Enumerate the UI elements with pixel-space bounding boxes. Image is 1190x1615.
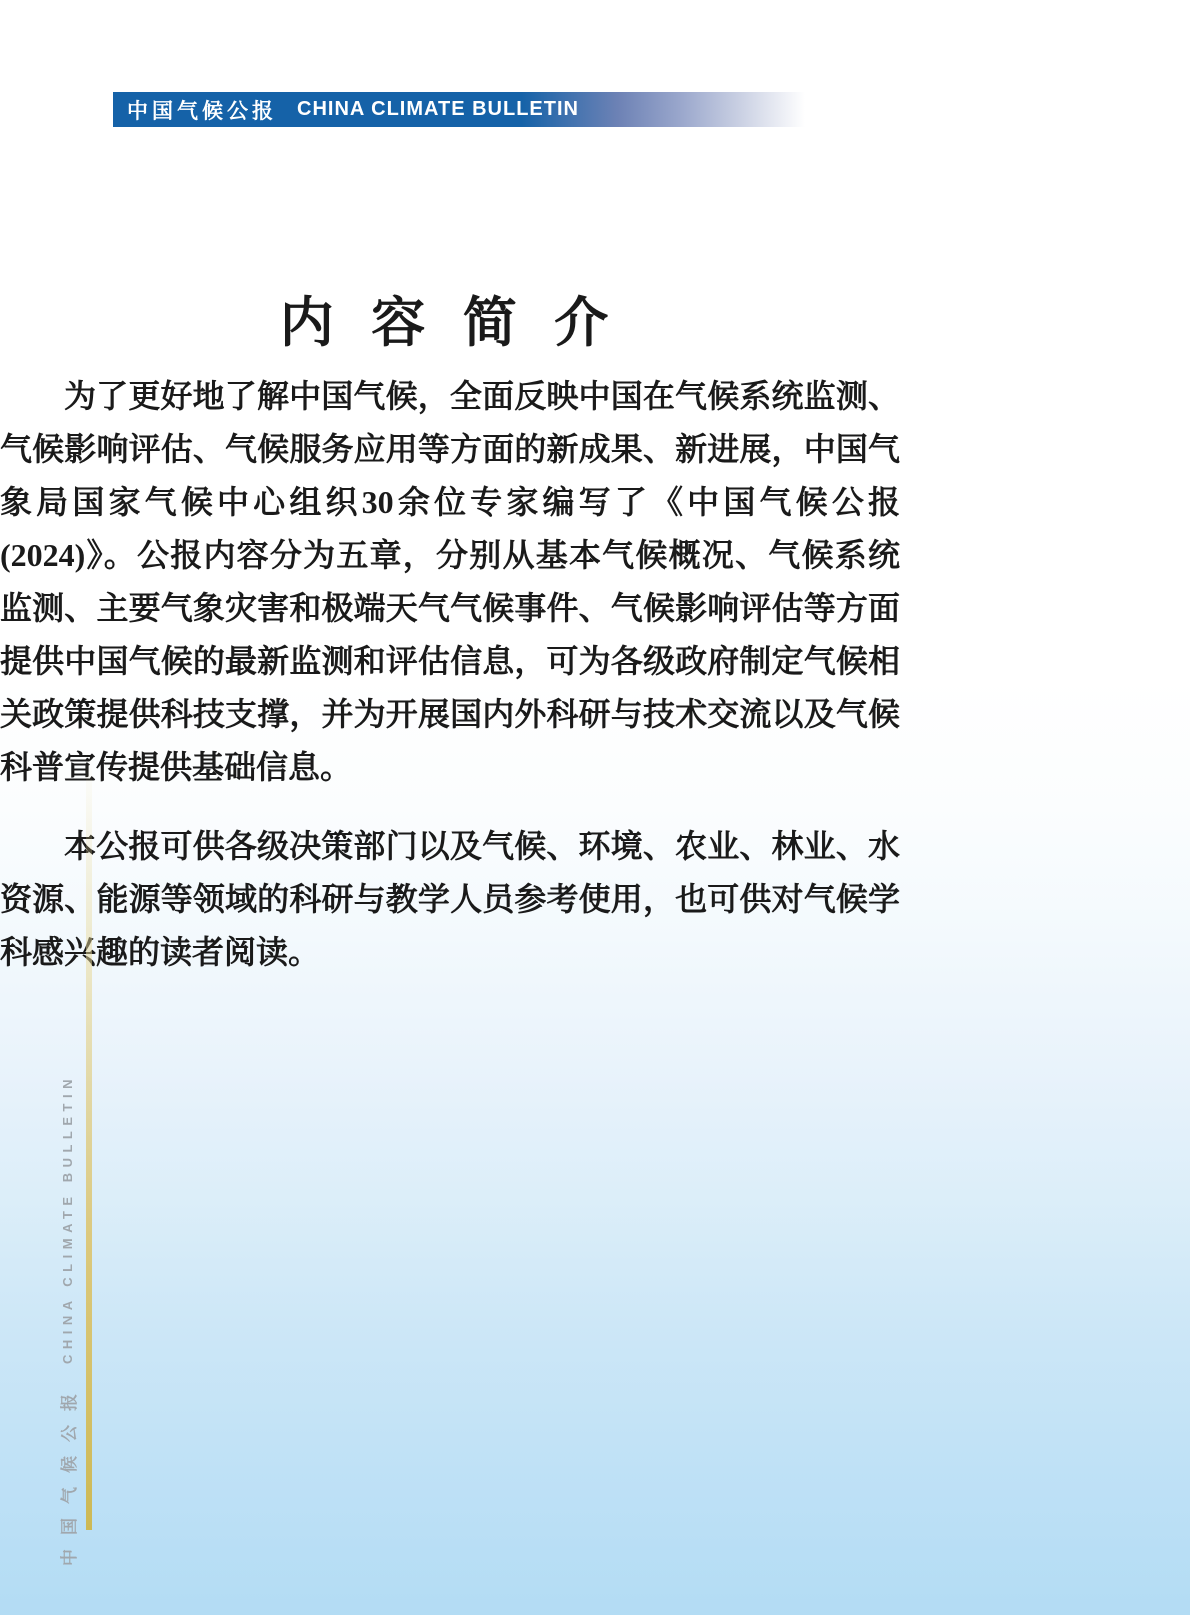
spine-vertical-text: 中国气候公报 CHINA CLIMATE BULLETIN xyxy=(54,1088,80,1566)
spine-gold-rule xyxy=(86,755,92,1530)
page-title: 内 容 简 介 xyxy=(0,280,900,357)
document-page: 中国气候公报 CHINA CLIMATE BULLETIN 内 容 简 介 为了… xyxy=(0,0,1190,1615)
intro-text-block: 为了更好地了解中国气候，全面反映中国在气候系统监测、气候影响评估、气候服务应用等… xyxy=(0,370,900,979)
brand-title-zh: 中国气候公报 xyxy=(127,95,277,125)
brand-title-en: CHINA CLIMATE BULLETIN xyxy=(297,98,579,121)
spine-title-en: CHINA CLIMATE BULLETIN xyxy=(60,1074,75,1364)
intro-paragraph-2: 本公报可供各级决策部门以及气候、环境、农业、林业、水资源、能源等领域的科研与教学… xyxy=(0,820,900,979)
brand-banner: 中国气候公报 CHINA CLIMATE BULLETIN xyxy=(113,92,805,127)
intro-paragraph-1: 为了更好地了解中国气候，全面反映中国在气候系统监测、气候影响评估、气候服务应用等… xyxy=(0,370,900,794)
spine-title-zh: 中国气候公报 xyxy=(55,1380,80,1566)
